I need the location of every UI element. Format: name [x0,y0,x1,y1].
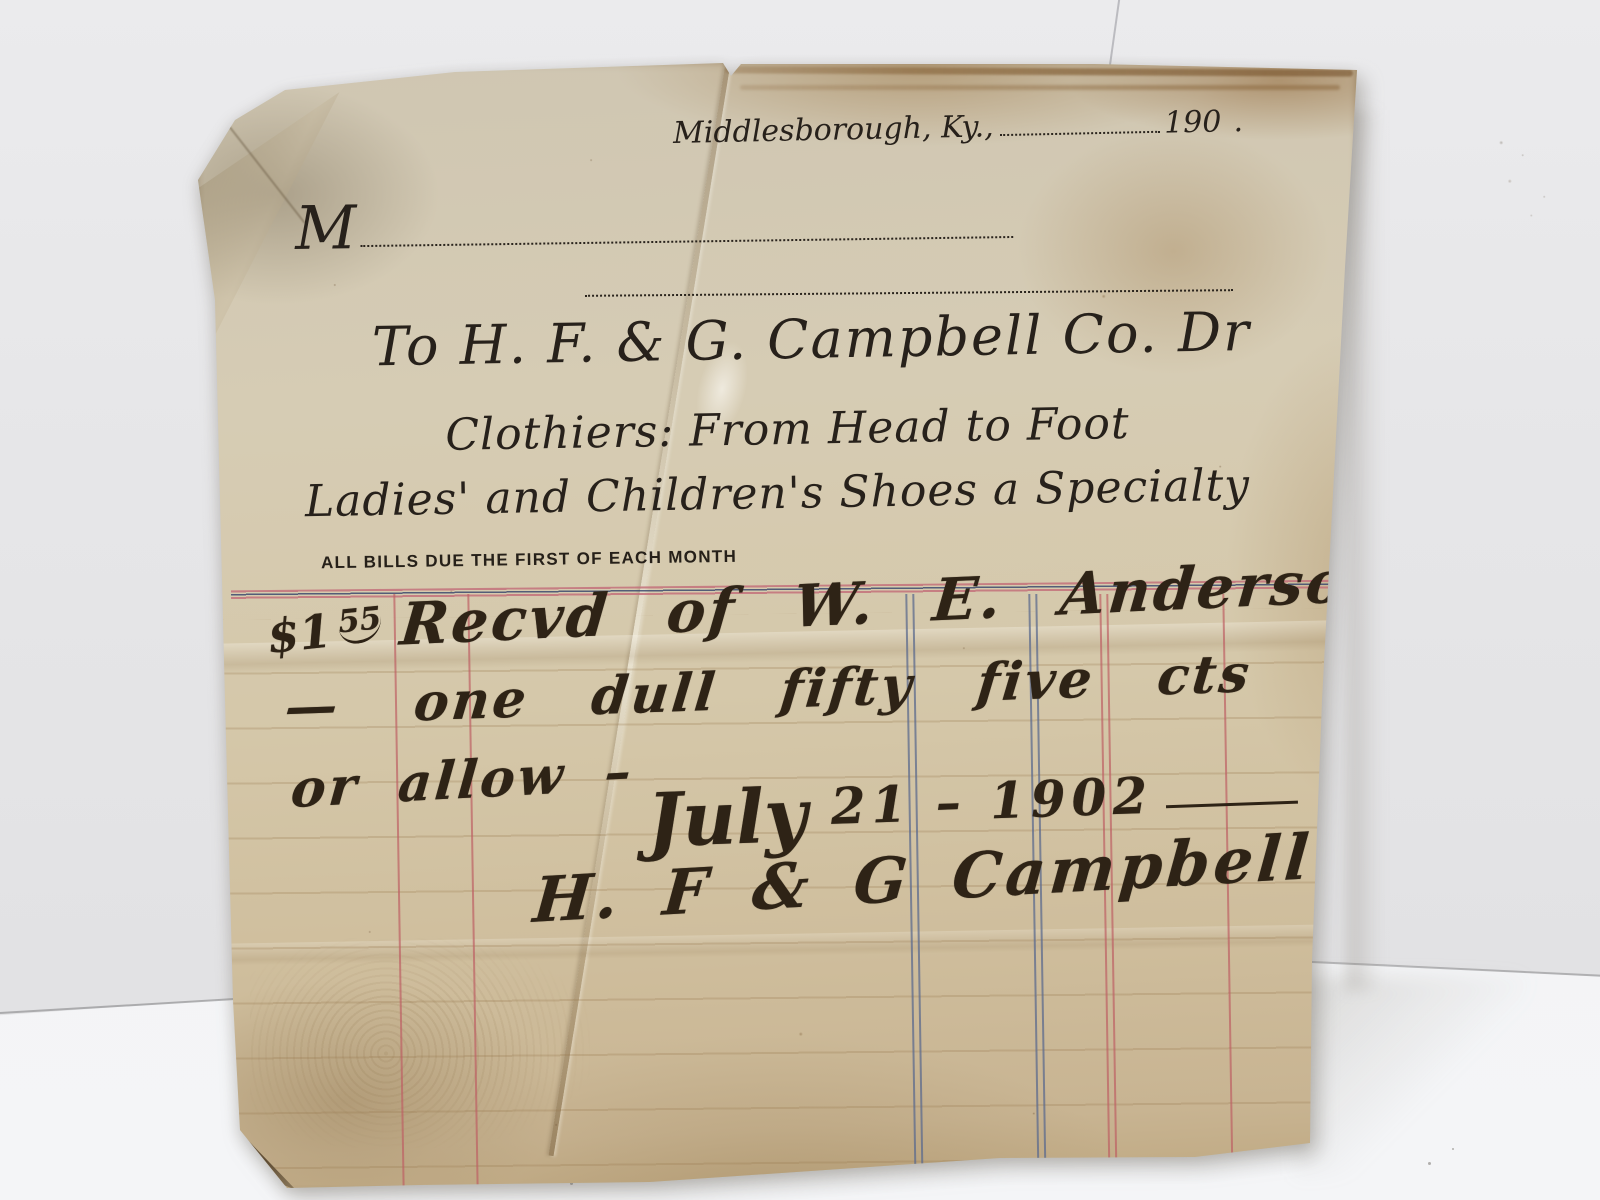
red-column-rule [467,594,478,1193]
dateline-year: 190 [1164,104,1222,140]
salutation-line: M [295,189,1014,259]
bill-to-line: To H. F. & G. Campbell Co. Dr [195,298,1395,382]
blank-dotted-rule [585,279,1233,297]
dateline-dotted-rule [1000,130,1161,136]
foxing-specks [195,58,1360,1193]
lead-pen-stroke: — [282,675,340,738]
ledger-column-rules [190,594,1364,1193]
handwritten-amount-words: — one dull fifty five cts [282,643,1255,738]
top-edge-stain [725,66,1353,76]
top-edge-stain-secondary [740,85,1340,90]
red-column-rule [1222,594,1233,1193]
ledger-head-rule [231,580,1355,600]
amount-words-text: one dull fifty five cts [411,643,1255,734]
salutation-initial: M [295,198,357,259]
handwritten-date-line: July 21 – 1902 [646,761,1299,859]
handwritten-received-line: Recvd of W. E. Anderson [397,545,1396,658]
salutation-dotted-rule [361,235,1014,247]
handwritten-allowance-line: or allow – [289,741,637,820]
amount-notation: $1 55 [264,598,384,664]
handwritten-signature: H. F & G Campbell Co [531,812,1456,937]
blue-column-rule [1035,594,1046,1193]
red-column-rule [393,594,404,1193]
ledger-horizontal-lines [196,608,1352,1198]
crumpled-corner-top-left [191,76,349,342]
dog-ear-fold-bottom-left [230,1126,296,1190]
amount-cents: 55 [336,600,383,645]
dateline: Middlesborough, Ky., 190 . [673,104,1244,151]
receipt-paper: Middlesborough, Ky., 190 . M To H. F. & … [195,58,1360,1193]
receipt-paper-wrapper: Middlesborough, Ky., 190 . M To H. F. & … [0,0,1600,1200]
dateline-place: Middlesborough, Ky., [673,109,994,151]
vertical-center-crease [549,60,731,1157]
horizontal-fold-crease [195,620,1360,674]
blue-column-rule [905,594,916,1193]
amount-dollars: $1 [264,603,333,663]
tagline-shoes: Ladies' and Children's Shoes a Specialty [195,458,1361,529]
red-column-rule [1106,594,1117,1193]
worn-patch [687,336,757,443]
date-day-year: 21 – 1902 [830,766,1154,836]
terms-notice: ALL BILLS DUE THE FIRST OF EACH MONTH [321,547,737,574]
horizontal-fold-crease-lower [195,924,1360,966]
date-month: July [646,779,808,859]
blue-column-rule [1028,594,1039,1193]
fingerprint-smudges [250,938,590,1148]
blue-column-rule [912,594,923,1193]
crumple-fold-line [211,104,305,223]
tagline-clothiers: Clothiers: From Head to Foot [195,394,1371,465]
red-column-rule [1099,594,1110,1193]
date-trailing-dash [1165,801,1297,809]
dateline-period: . [1233,104,1243,139]
photo-background: Middlesborough, Ky., 190 . M To H. F. & … [0,0,1600,1200]
